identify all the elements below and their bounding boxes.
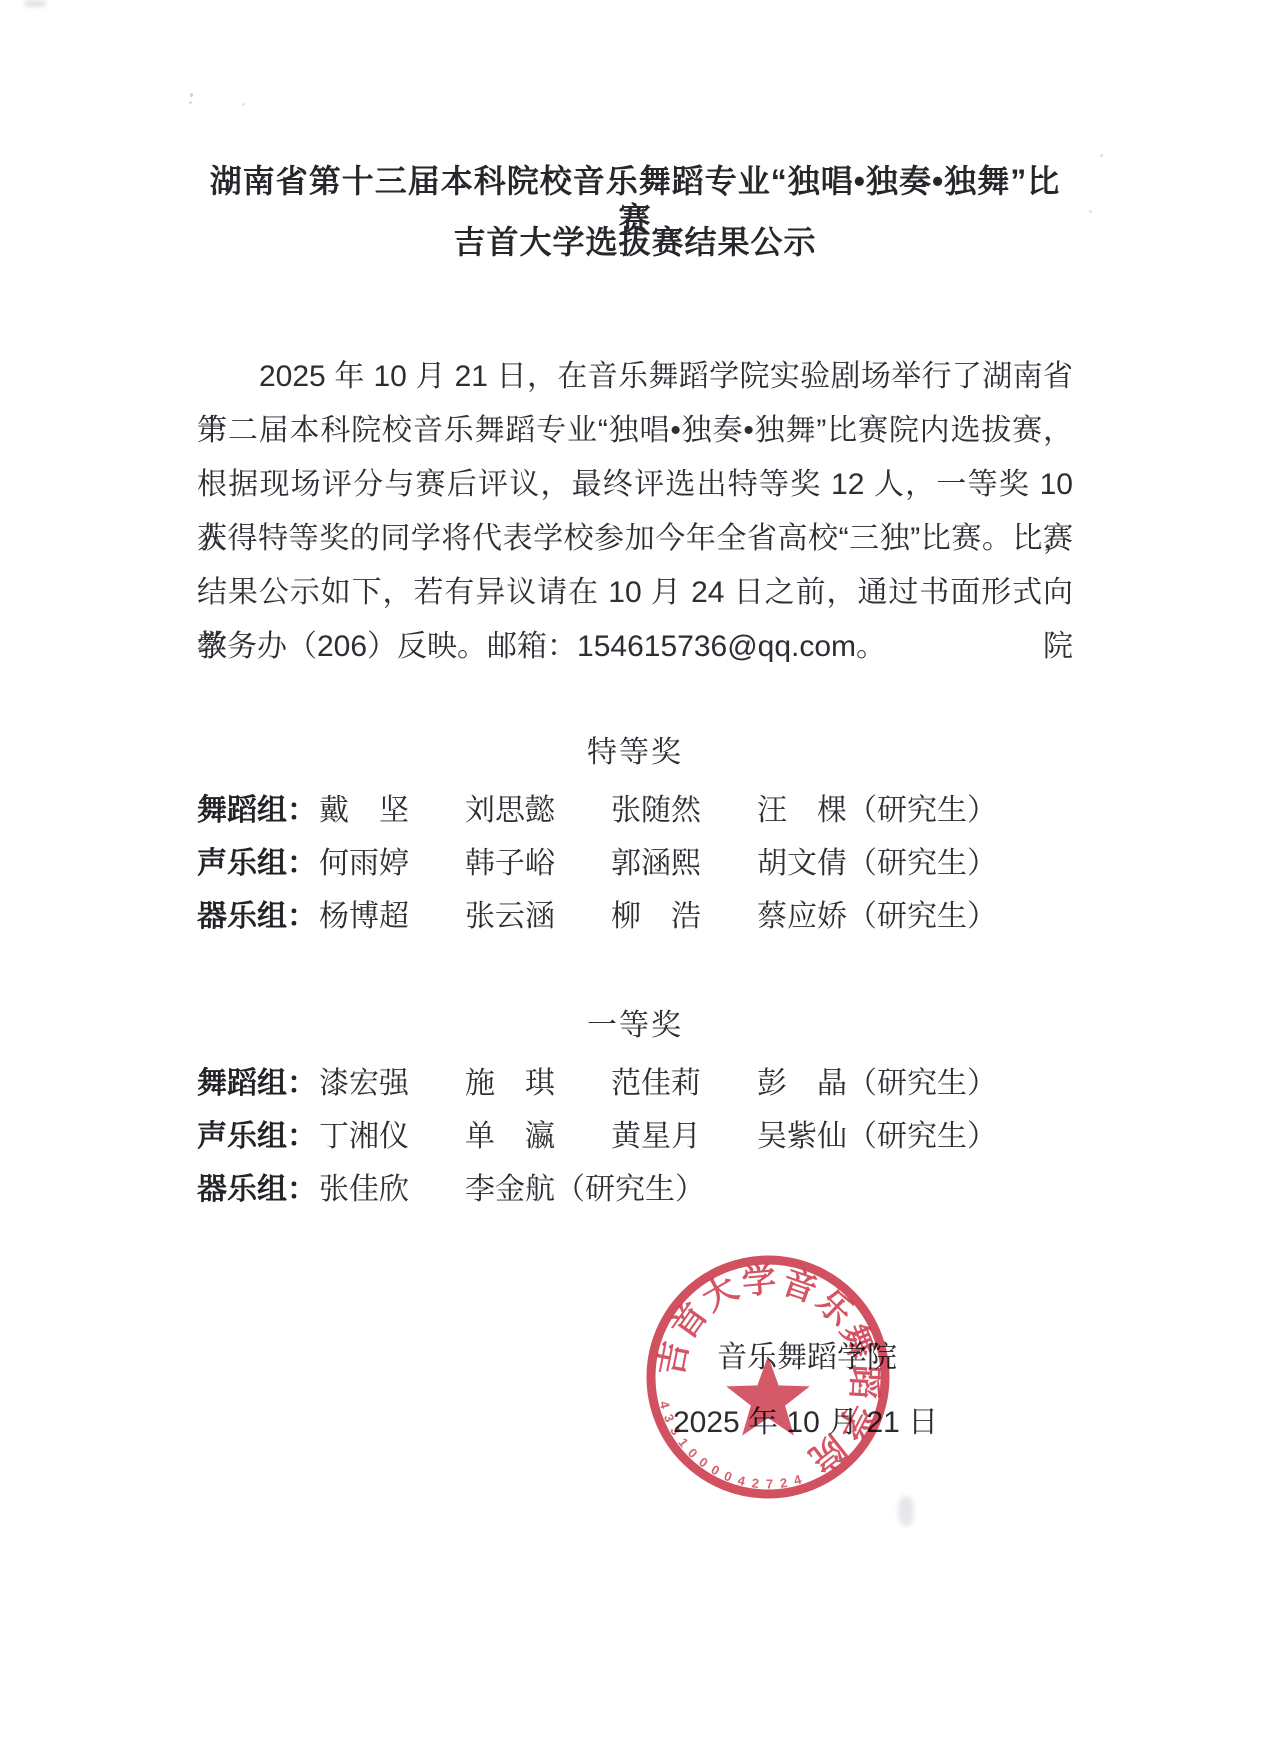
winner-name: 单 瀛 bbox=[465, 1110, 611, 1163]
award-heading: 特等奖 bbox=[197, 737, 1073, 769]
award-heading: 一等奖 bbox=[197, 1010, 1073, 1042]
winner-name: 柳 浩 bbox=[611, 890, 757, 943]
svg-text:吉: 吉 bbox=[652, 1338, 696, 1379]
scan-artifact bbox=[242, 103, 245, 106]
award-row: 舞蹈组：戴 坚刘思懿张随然汪 棵（研究生） bbox=[197, 784, 1073, 837]
special-prize-section: 特等奖舞蹈组：戴 坚刘思懿张随然汪 棵（研究生）声乐组：何雨婷韩子峪郭涵熙胡文倩… bbox=[197, 737, 1073, 943]
award-row: 声乐组：何雨婷韩子峪郭涵熙胡文倩（研究生） bbox=[197, 837, 1073, 890]
winner-name: 郭涵熙 bbox=[611, 837, 757, 890]
award-row: 器乐组：张佳欣李金航（研究生） bbox=[197, 1163, 1073, 1216]
svg-text:0: 0 bbox=[708, 1462, 722, 1479]
scan-smudge bbox=[24, 0, 46, 7]
svg-text:7: 7 bbox=[766, 1476, 773, 1491]
winner-name: 蔡应娇（研究生） bbox=[757, 890, 997, 943]
winner-name: 戴 坚 bbox=[319, 784, 465, 837]
svg-text:3: 3 bbox=[661, 1412, 678, 1424]
winner-name: 丁湘仪 bbox=[319, 1110, 465, 1163]
scan-artifact bbox=[1089, 210, 1092, 213]
document-page: 湖南省第十三届本科院校音乐舞蹈专业“独唱•独奏•独舞”比赛 吉首大学选拔赛结果公… bbox=[0, 0, 1268, 1744]
svg-text:4: 4 bbox=[736, 1473, 747, 1490]
svg-text:0: 0 bbox=[722, 1468, 734, 1485]
winner-name: 何雨婷 bbox=[319, 837, 465, 890]
document-title-line2: 吉首大学选拔赛结果公示 bbox=[197, 223, 1073, 261]
winner-name: 张佳欣 bbox=[319, 1163, 465, 1216]
group-label: 舞蹈组： bbox=[197, 784, 319, 837]
svg-text:2: 2 bbox=[779, 1475, 788, 1491]
scan-artifact bbox=[189, 101, 192, 104]
scan-smudge bbox=[898, 1496, 914, 1526]
winner-name: 韩子峪 bbox=[465, 837, 611, 890]
scan-artifact bbox=[1100, 154, 1103, 157]
paragraph-line: 十二届本科院校音乐舞蹈专业“独唱•独奏•独舞”比赛院内选拔赛， bbox=[197, 404, 1073, 458]
seal-star-icon bbox=[726, 1356, 810, 1436]
group-label: 器乐组： bbox=[197, 890, 319, 943]
group-label: 声乐组： bbox=[197, 837, 319, 890]
winner-name: 胡文倩（研究生） bbox=[757, 837, 997, 890]
svg-text:蹈: 蹈 bbox=[844, 1364, 884, 1400]
winner-name: 刘思懿 bbox=[465, 784, 611, 837]
svg-text:3: 3 bbox=[667, 1424, 684, 1438]
group-label: 器乐组： bbox=[197, 1163, 319, 1216]
paragraph-line: 根据现场评分与赛后评议，最终评选出特等奖 12 人，一等奖 10 人， bbox=[197, 458, 1073, 512]
winner-name: 杨博超 bbox=[319, 890, 465, 943]
winner-name: 施 琪 bbox=[465, 1057, 611, 1110]
award-row: 舞蹈组：漆宏强施 琪范佳莉彭 晶（研究生） bbox=[197, 1057, 1073, 1110]
svg-text:学: 学 bbox=[740, 1261, 777, 1302]
winner-name: 张云涵 bbox=[465, 890, 611, 943]
winner-name: 李金航（研究生） bbox=[465, 1163, 705, 1216]
group-label: 声乐组： bbox=[197, 1110, 319, 1163]
scan-artifact bbox=[190, 93, 193, 97]
svg-text:4: 4 bbox=[656, 1399, 673, 1411]
group-label: 舞蹈组： bbox=[197, 1057, 319, 1110]
winner-name: 范佳莉 bbox=[611, 1057, 757, 1110]
winner-name: 彭 晶（研究生） bbox=[757, 1057, 997, 1110]
award-row: 声乐组：丁湘仪单 瀛黄星月吴紫仙（研究生） bbox=[197, 1110, 1073, 1163]
paragraph-line: 获得特等奖的同学将代表学校参加今年全省高校“三独”比赛。比赛 bbox=[197, 512, 1073, 566]
winner-name: 漆宏强 bbox=[319, 1057, 465, 1110]
award-row: 器乐组：杨博超张云涵柳 浩蔡应娇（研究生） bbox=[197, 890, 1073, 943]
paragraph-line: 结果公示如下，若有异议请在 10 月 24 日之前，通过书面形式向学院 bbox=[197, 566, 1073, 620]
official-seal-stamp: 吉首大学音乐舞蹈学院 4331000042724 bbox=[640, 1252, 896, 1504]
body-paragraph: 2025 年 10 月 21 日，在音乐舞蹈学院实验剧场举行了湖南省第十二届本科… bbox=[197, 350, 1073, 674]
svg-text:4: 4 bbox=[792, 1471, 804, 1488]
winner-name: 张随然 bbox=[611, 784, 757, 837]
svg-text:2: 2 bbox=[751, 1475, 760, 1491]
first-prize-section: 一等奖舞蹈组：漆宏强施 琪范佳莉彭 晶（研究生）声乐组：丁湘仪单 瀛黄星月吴紫仙… bbox=[197, 1010, 1073, 1216]
winner-name: 黄星月 bbox=[611, 1110, 757, 1163]
winner-name: 吴紫仙（研究生） bbox=[757, 1110, 997, 1163]
winner-name: 汪 棵（研究生） bbox=[757, 784, 997, 837]
paragraph-line: 2025 年 10 月 21 日，在音乐舞蹈学院实验剧场举行了湖南省第 bbox=[197, 350, 1073, 404]
